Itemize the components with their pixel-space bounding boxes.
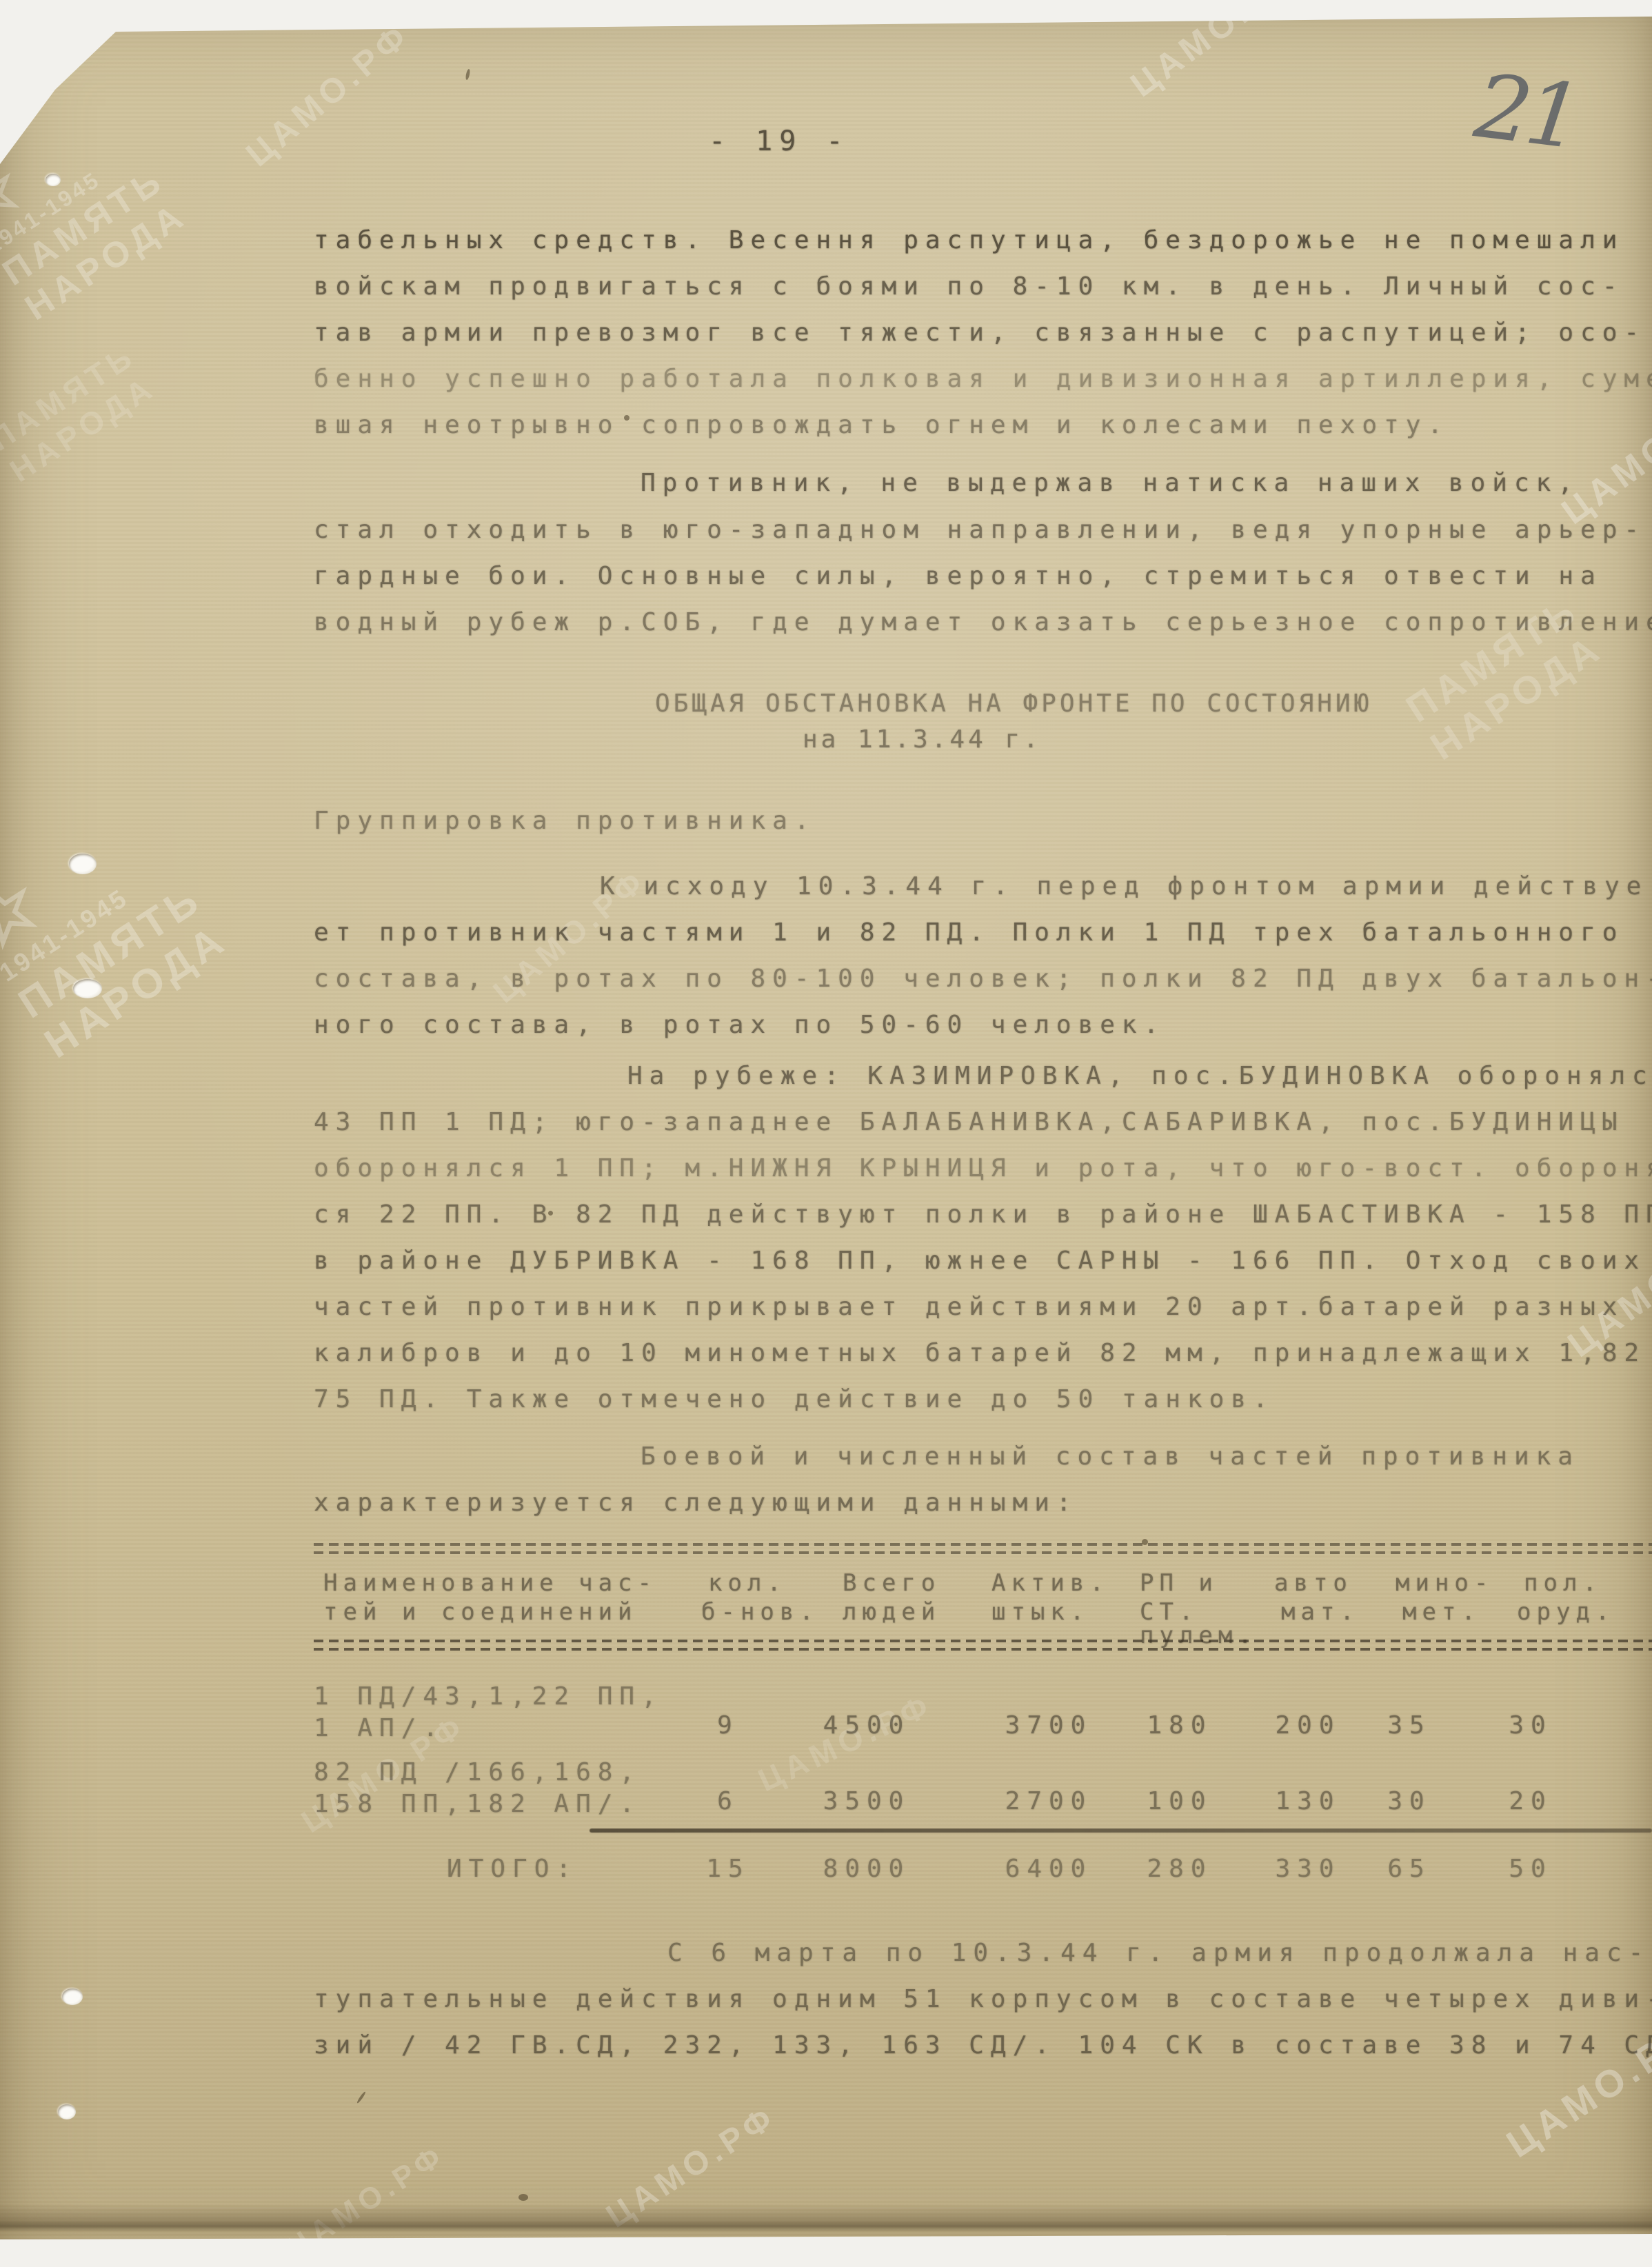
page-number: - 19 - bbox=[709, 125, 850, 157]
watermark-memory: ПАМЯТЬ НАРОДА bbox=[0, 336, 163, 490]
table-total-cell: 6400 bbox=[1005, 1855, 1093, 1883]
doc-line: К исходу 10.3.44 г. перед фронтом армии … bbox=[600, 872, 1648, 900]
table-cell: 30 bbox=[1509, 1711, 1552, 1740]
doc-line: На рубеже: КАЗИМИРОВКА, пос.БУДИНОВКА об… bbox=[627, 1062, 1652, 1090]
table-border-top bbox=[314, 1551, 1652, 1554]
doc-line: калибров и до 10 минометных батарей 82 м… bbox=[314, 1339, 1646, 1367]
table-header-cell: мет. bbox=[1402, 1598, 1481, 1626]
table-cell: 4500 bbox=[823, 1711, 911, 1740]
doc-line: 43 ПП 1 ПД; юго-западнее БАЛАБАНИВКА,САБ… bbox=[314, 1108, 1624, 1136]
table-header-cell: б-нов. bbox=[701, 1598, 819, 1626]
doc-line: частей противник прикрывает действиями 2… bbox=[314, 1293, 1624, 1321]
table-row-name: 1 ПД/43,1,22 ПП, bbox=[314, 1682, 663, 1711]
table-header-cell: оруд. bbox=[1517, 1598, 1615, 1626]
doc-line: Боевой и численный состав частей противн… bbox=[641, 1442, 1580, 1471]
doc-line: стал отходить в юго-западном направлении… bbox=[314, 516, 1646, 544]
table-header-separator bbox=[314, 1640, 1652, 1642]
table-cell: 20 bbox=[1509, 1787, 1552, 1815]
doc-line: ся 22 ПП. В 82 ПД действуют полки в райо… bbox=[314, 1200, 1652, 1229]
table-cell: 200 bbox=[1275, 1711, 1340, 1740]
watermark-camo: ЦАМО.РФ bbox=[238, 14, 418, 174]
doc-line: состава, в ротах по 80-100 человек; полк… bbox=[314, 965, 1652, 993]
table-cell: 3700 bbox=[1005, 1711, 1093, 1740]
table-header-cell: пол. bbox=[1524, 1569, 1602, 1597]
table-header-cell: Всего bbox=[843, 1569, 940, 1597]
ink-speck bbox=[465, 69, 470, 81]
punch-hole bbox=[69, 854, 97, 874]
doc-line: С 6 марта по 10.3.44 г. армия продолжала… bbox=[667, 1939, 1650, 1967]
watermark-camo: ЦАМО.РФ bbox=[1554, 377, 1652, 533]
doc-line: водный рубеж р.СОБ, где думает оказать с… bbox=[314, 608, 1652, 636]
doc-line: 75 ПД. Также отмечено действие до 50 тан… bbox=[314, 1385, 1275, 1413]
table-header-cell: авто bbox=[1274, 1569, 1353, 1597]
table-cell: 35 bbox=[1387, 1711, 1431, 1740]
table-header-cell: Наименование час- bbox=[323, 1569, 657, 1597]
table-total-rule bbox=[590, 1828, 1652, 1833]
folio-number-handwritten: 21 bbox=[1469, 55, 1582, 170]
watermark-camo: ЦАМО.РФ bbox=[752, 1686, 938, 1799]
watermark-memory: ☆ 1941-1945 ПАМЯТЬ НАРОДА bbox=[0, 790, 236, 1067]
table-header-cell: штык. bbox=[991, 1598, 1089, 1626]
table-total-label: ИТОГО: bbox=[447, 1855, 578, 1883]
table-header-cell: мино- bbox=[1396, 1569, 1493, 1597]
doc-line: тав армии превозмог все тяжести, связанн… bbox=[314, 319, 1646, 347]
punch-hole bbox=[62, 1988, 83, 2005]
table-row-name: 1 АП/. bbox=[314, 1714, 445, 1742]
doc-line: вшая неотрывно сопровождать огнем и коле… bbox=[314, 411, 1449, 439]
subsection-label: Группировка противника. bbox=[314, 807, 816, 835]
table-header-cell: пулем. bbox=[1140, 1622, 1258, 1649]
table-row-name: 158 ПП,182 АП/. bbox=[314, 1790, 641, 1818]
ink-speck bbox=[624, 415, 629, 421]
section-heading: ОБЩАЯ ОБСТАНОВКА НА ФРОНТЕ ПО СОСТОЯНИЮ bbox=[655, 689, 1372, 718]
table-cell: 3500 bbox=[823, 1787, 911, 1815]
table-total-cell: 8000 bbox=[823, 1855, 911, 1883]
doc-line: ного состава, в ротах по 50-60 человек. bbox=[314, 1011, 1165, 1039]
ink-speck bbox=[518, 2194, 528, 2201]
doc-line: войскам продвигаться с боями по 8-10 км.… bbox=[314, 272, 1624, 301]
table-header-separator bbox=[314, 1648, 1652, 1651]
table-header-cell: тей и соединений bbox=[323, 1598, 638, 1626]
doc-line: табельных средств. Весення распутица, бе… bbox=[314, 226, 1624, 254]
doc-line: ет противник частями 1 и 82 ПД. Полки 1 … bbox=[314, 918, 1624, 947]
table-row-name: 82 ПД /166,168, bbox=[314, 1758, 641, 1786]
table-border-top bbox=[314, 1543, 1652, 1546]
doc-line: тупательные действия одним 51 корпусом в… bbox=[314, 1985, 1652, 2013]
punch-hole bbox=[58, 2104, 76, 2119]
table-header-cell: мат. bbox=[1281, 1598, 1360, 1626]
table-total-cell: 65 bbox=[1387, 1855, 1431, 1883]
table-cell: 180 bbox=[1147, 1711, 1212, 1740]
table-header-cell: РП и bbox=[1140, 1569, 1218, 1597]
section-heading-date: на 11.3.44 г. bbox=[803, 725, 1042, 754]
table-cell: 2700 bbox=[1005, 1787, 1093, 1815]
paper-sheet: ☆ 1941-1945 ПАМЯТЬ НАРОДА ЦАМО.РФ ЦАМО.Р… bbox=[0, 0, 1652, 2267]
table-cell: 30 bbox=[1387, 1787, 1431, 1815]
ink-speck bbox=[548, 1211, 553, 1216]
table-total-cell: 50 bbox=[1509, 1855, 1552, 1883]
table-cell: 130 bbox=[1275, 1787, 1340, 1815]
table-header-cell: людей bbox=[843, 1598, 940, 1626]
table-header-cell: кол. bbox=[708, 1569, 787, 1597]
table-cell: 9 bbox=[717, 1711, 739, 1740]
table-total-cell: 15 bbox=[706, 1855, 749, 1883]
table-total-cell: 280 bbox=[1147, 1855, 1212, 1883]
doc-line: гардные бои. Основные силы, вероятно, ст… bbox=[314, 562, 1602, 590]
doc-line: бенно успешно работала полковая и дивизи… bbox=[314, 365, 1652, 393]
table-cell: 100 bbox=[1147, 1787, 1212, 1815]
watermark-camo: ЦАМО.РФ bbox=[1123, 0, 1309, 105]
watermark-camo: ЦАМО.РФ bbox=[281, 2138, 452, 2266]
watermark-memory: ☆ 1941-1945 ПАМЯТЬ НАРОДА bbox=[0, 86, 194, 329]
table-total-cell: 330 bbox=[1275, 1855, 1340, 1883]
paper-crease bbox=[0, 2204, 1652, 2237]
doc-line: в районе ДУБРИВКА - 168 ПП, южнее САРНЫ … bbox=[314, 1247, 1646, 1275]
table-header-cell: Актив. bbox=[991, 1569, 1109, 1597]
punch-hole bbox=[46, 174, 61, 186]
doc-line: характеризуется следующими данными: bbox=[314, 1489, 1078, 1517]
ink-speck bbox=[356, 2091, 367, 2104]
punch-hole bbox=[73, 979, 102, 998]
scanned-document-page: ☆ 1941-1945 ПАМЯТЬ НАРОДА ЦАМО.РФ ЦАМО.Р… bbox=[0, 0, 1652, 2267]
doc-line: зий / 42 ГВ.СД, 232, 133, 163 СД/. 104 С… bbox=[314, 2031, 1652, 2059]
table-cell: 6 bbox=[717, 1787, 739, 1815]
ink-speck bbox=[1142, 1539, 1148, 1545]
doc-line: оборонялся 1 ПП; м.НИЖНЯ КРЫНИЦЯ и рота,… bbox=[314, 1154, 1652, 1182]
doc-line: Противник, не выдержав натиска наших вой… bbox=[641, 469, 1580, 497]
